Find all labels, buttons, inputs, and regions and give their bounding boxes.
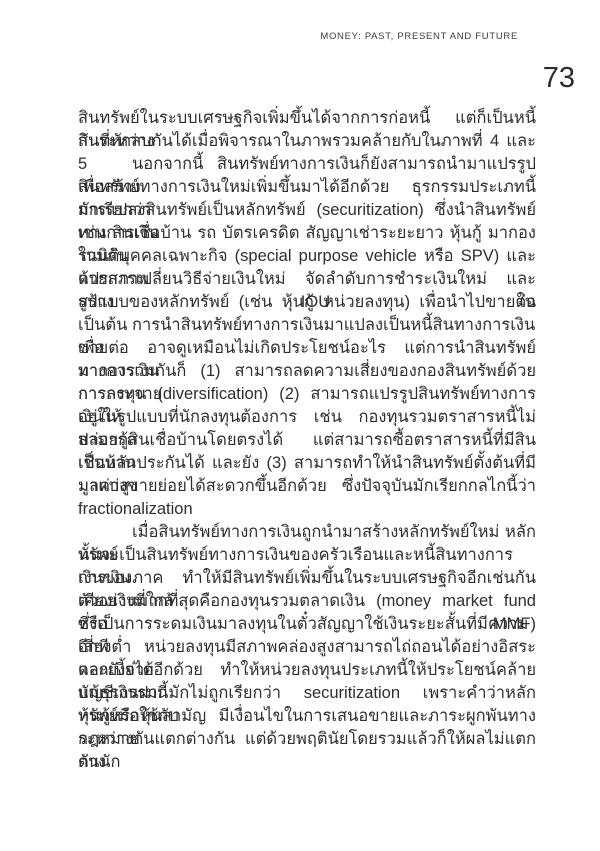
text-line: เคียงเงินมากที่สุดคือกองทุนรวมตลาดเงิน (… [78,590,536,613]
text-line: อีกที หน่วยลงทุนมีสภาพคล่องสูงสามารถไถ่ถ… [78,636,536,659]
text-line: มาแบ่งขายย่อยได้สะดวกขึ้นอีกด้วย ซึ่งปัจ… [78,475,536,498]
text-line: ซึ่งเป็นการระดมเงินมาลงทุนในตั๋วสัญญาใช้… [78,613,536,636]
text-line: นั้นจะเป็นสินทรัพย์ทางการเงินของครัวเรือ… [78,544,536,567]
text-line: การแปลงสินทรัพย์เป็นหลักทรัพย์ (securiti… [78,199,536,222]
running-header-title: MONEY: PAST, PRESENT AND FUTURE [320,31,518,42]
text-line: ดอกเบี้ยได้อีกด้วย ทำให้หน่วยลงทุนประเภท… [78,659,536,682]
text-line: กันนัก [78,751,536,774]
text-line: สินทรัพย์ทางการเงินใหม่เพิ่มขึ้นมาได้อีก… [78,176,536,199]
text-line: แม้ธุรกรรมนี้มักไม่ถูกเรียกว่า securitiz… [78,682,536,705]
text-line: กันที่หักลบกันได้เมื่อพิจารณาในภาพรวมคล้… [78,130,536,153]
text-line: เช่น สินเชื่อบ้าน รถ บัตรเครดิต สัญญาเช่… [78,222,536,245]
text-line: ในนิติบุคคลเฉพาะกิจ (special purpose veh… [78,245,536,268]
text-line: นอกจากนี้ สินทรัพย์ทางการเงินก็ยังสามารถ… [78,153,536,176]
text-line: fractionalization [78,498,536,521]
text-line: มากองรวมกันก็ (1) สามารถลดความเสี่ยงของก… [78,360,536,383]
text-line: การนำสินทรัพย์ทางการเงินมาแปลงเป็นหนี้สิ… [78,314,536,337]
text-line: การเงิน ทำให้มีสินทรัพย์เพิ่มขึ้นในระบบเ… [78,567,536,590]
text-line: หุ้นกู้หรือหุ้นสามัญ มีเงื่อนไขในการเสนอ… [78,705,536,728]
text-line: ปล่อยกู้สินเชื่อบ้านโดยตรงได้ แต่สามารถซ… [78,429,536,452]
text-line: อยู่ในรูปแบบที่นักลงทุนต้องการ เช่น กองท… [78,406,536,429]
text-line: ระหว่างกันแตกต่างกัน แต่ด้วยพฤตินัยโดยรว… [78,728,536,751]
text-line: เมื่อสินทรัพย์ทางการเงินถูกนำมาสร้างหลัก… [78,521,536,544]
text-line: รูปแบบของหลักทรัพย์ (เช่น หุ้นกู้ หน่วยล… [78,291,536,314]
body-text: สินทรัพย์ในระบบเศรษฐกิจเพิ่มขึ้นได้จากกา… [78,107,536,774]
text-line: เป็นหลักประกันได้ และยัง (3) สามารถทำให้… [78,452,536,475]
text-line: ด้วยการเปลี่ยนวิธีจ่ายเงินใหม่ จัดลำดับก… [78,268,536,291]
text-line: ขายต่อ อาจดูเหมือนไม่เกิดประโยชน์อะไร แต… [78,337,536,360]
book-page: MONEY: PAST, PRESENT AND FUTURE 73 สินทร… [0,0,600,851]
text-line: การลงทุน (diversification) (2) สามารถแปร… [78,383,536,406]
text-line: สินทรัพย์ในระบบเศรษฐกิจเพิ่มขึ้นได้จากกา… [78,107,536,130]
page-number: 73 [543,64,575,93]
